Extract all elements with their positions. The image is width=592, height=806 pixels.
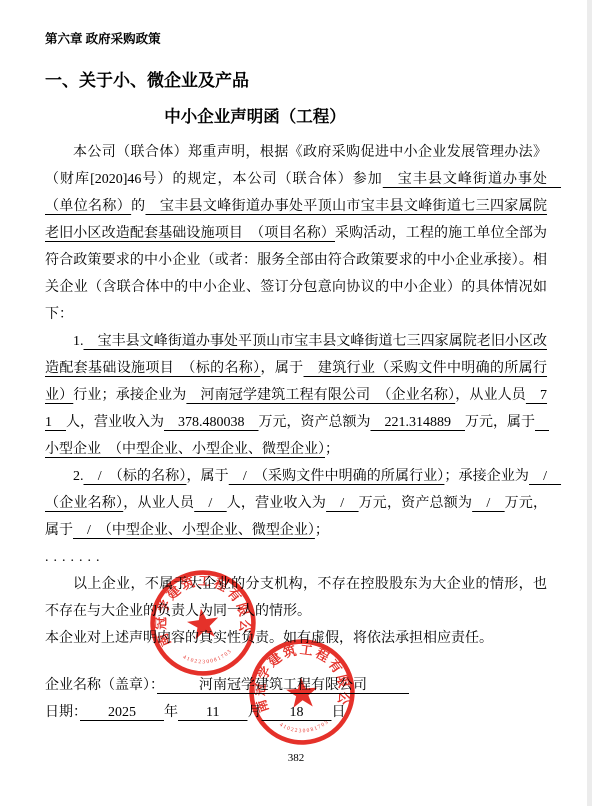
declaration-intro: 本公司（联合体）郑重声明，根据《政府采购促进中小企业发展管理办法》（财库[202… bbox=[45, 139, 547, 328]
static-text: ....... bbox=[45, 550, 105, 565]
filled-blank: 河南冠学建筑工程有限公司 （企业名称） bbox=[186, 388, 455, 403]
date-line: 日期： 2025 年 11 月 18 日 bbox=[45, 699, 547, 726]
static-text: ； bbox=[315, 523, 329, 538]
page-number: 382 bbox=[0, 752, 592, 764]
static-text: ，属于 bbox=[186, 469, 228, 484]
scan-edge-artifact bbox=[587, 0, 592, 806]
static-text: 日 bbox=[331, 705, 345, 720]
static-text: 万元，属于 bbox=[465, 415, 535, 430]
closing-statement-2: 本企业对上述声明内容的真实性负责。如有虚假，将依法承担相应责任。 bbox=[45, 625, 547, 652]
item-2: 2. / （标的名称），属于 / （采购文件中明确的所属行业）；承接企业为 / … bbox=[45, 463, 547, 544]
static-text: 的 bbox=[131, 199, 145, 214]
signature-line: 企业名称（盖章）： 河南冠学建筑工程有限公司 bbox=[45, 672, 547, 699]
static-text: 人，营业收入为 bbox=[227, 496, 326, 511]
ellipsis-line: ....... bbox=[45, 544, 547, 571]
filled-blank: 11 bbox=[178, 705, 247, 720]
static-text: ； bbox=[325, 442, 339, 457]
static-text: 月 bbox=[247, 705, 261, 720]
closing-statement-1: 以上企业，不属于大企业的分支机构，不存在控股股东为大企业的情形，也不存在与大企业… bbox=[45, 571, 547, 625]
filled-blank: 河南冠学建筑工程有限公司 bbox=[157, 678, 409, 693]
static-text: 年 bbox=[164, 705, 178, 720]
filled-blank: 2025 bbox=[80, 705, 164, 720]
static-text: 日期： bbox=[45, 705, 80, 720]
document-content: 第六章 政府采购政策 一、关于小、微企业及产品 中小企业声明函（工程） 本公司（… bbox=[45, 32, 547, 726]
static-text: 人，营业收入为 bbox=[66, 415, 164, 430]
document-body: 本公司（联合体）郑重声明，根据《政府采购促进中小企业发展管理办法》（财库[202… bbox=[45, 139, 547, 726]
filled-blank: / bbox=[472, 496, 504, 511]
static-text: ；承接企业为 bbox=[444, 469, 529, 484]
static-text: ，从业人员 bbox=[455, 388, 526, 403]
static-text: 1. bbox=[73, 334, 84, 349]
static-text: 本企业对上述声明内容的真实性负责。如有虚假，将依法承担相应责任。 bbox=[45, 631, 493, 646]
static-text: 万元，资产总额为 bbox=[359, 496, 473, 511]
static-text: 万元，资产总额为 bbox=[259, 415, 371, 430]
filled-blank: / （中型企业、小型企业、微型企业） bbox=[73, 523, 315, 538]
document-page: 第六章 政府采购政策 一、关于小、微企业及产品 中小企业声明函（工程） 本公司（… bbox=[0, 0, 592, 806]
doc-title: 中小企业声明函（工程） bbox=[45, 106, 547, 127]
static-text: 2. bbox=[73, 469, 84, 484]
filled-blank: 221.314889 bbox=[371, 415, 466, 430]
chapter-header: 第六章 政府采购政策 bbox=[45, 32, 547, 46]
item-1: 1. 宝丰县文峰街道办事处平顶山市宝丰县文峰街道七三四家属院老旧小区改造配套基础… bbox=[45, 328, 547, 463]
static-text: 以上企业，不属于大企业的分支机构，不存在控股股东为大企业的情形，也不存在与大企业… bbox=[45, 577, 547, 619]
filled-blank: / （标的名称） bbox=[84, 469, 187, 484]
static-text: 企业名称（盖章）： bbox=[45, 678, 157, 693]
filled-blank: / bbox=[326, 496, 358, 511]
filled-blank: 378.480038 bbox=[164, 415, 259, 430]
static-text: ，从业人员 bbox=[123, 496, 194, 511]
static-text: ，属于 bbox=[261, 361, 304, 376]
section-title: 一、关于小、微企业及产品 bbox=[45, 70, 547, 92]
static-text: 行业；承接企业为 bbox=[73, 388, 186, 403]
filled-blank: / bbox=[194, 496, 226, 511]
filled-blank: 18 bbox=[261, 705, 331, 720]
filled-blank: / （采购文件中明确的所属行业） bbox=[229, 469, 445, 484]
